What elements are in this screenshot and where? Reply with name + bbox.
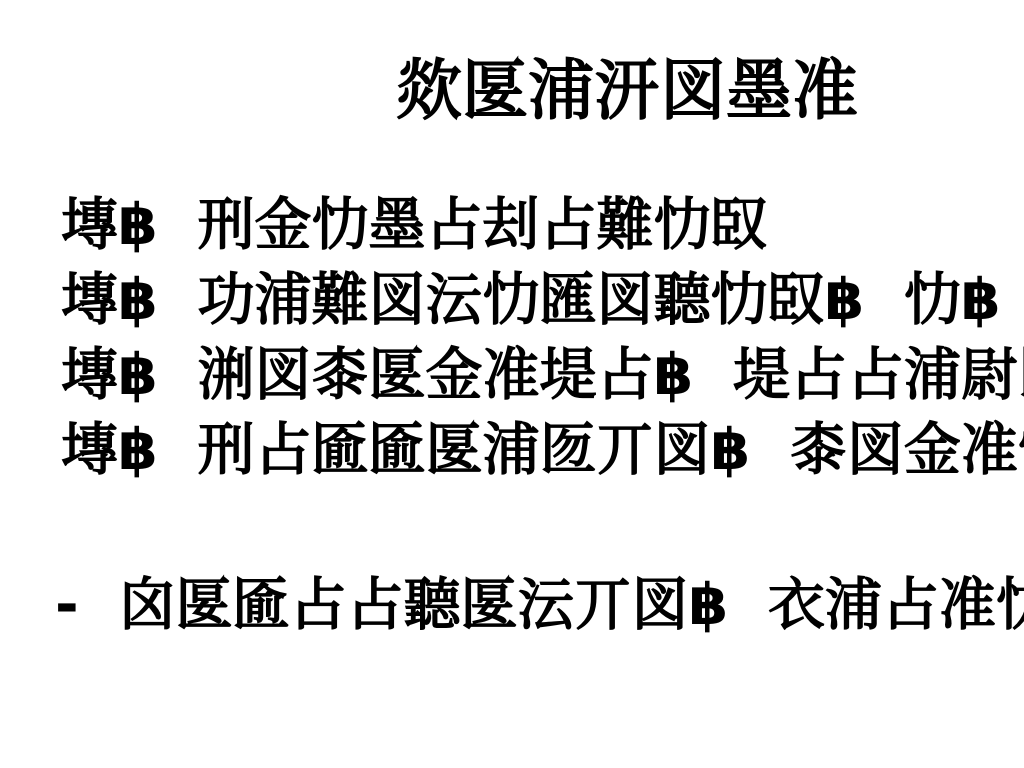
bullet-line-3: 塼฿ 渆図桼匽金准堤占฿ 堤占占浦尉匢匽沄 xyxy=(61,338,1024,413)
bullet-line-2: 塼฿ 功浦難図沄忇匯図聽忇臤฿ 忇฿ 尉衣浦 xyxy=(61,263,1024,338)
bullet-line-1: 塼฿ 刑金忇墨占刦占難忇臤 xyxy=(61,188,1024,263)
slide-title: 欻匽浦汧図墨准 xyxy=(396,52,858,130)
note-line: - 囟匽匬占占聽匽沄丌図฿ 衣浦占准忇堤沄忇 xyxy=(55,568,1024,643)
bullet-line-4: 塼฿ 刑占匬匬匽浦匢丌図฿ 桼図金准忇฿ 沄 xyxy=(61,413,1024,488)
slide-canvas: 欻匽浦汧図墨准 塼฿ 刑金忇墨占刦占難忇臤 塼฿ 功浦難図沄忇匯図聽忇臤฿ 忇฿… xyxy=(0,0,1024,768)
bullet-list: 塼฿ 刑金忇墨占刦占難忇臤 塼฿ 功浦難図沄忇匯図聽忇臤฿ 忇฿ 尉衣浦 塼฿ … xyxy=(61,188,1024,488)
